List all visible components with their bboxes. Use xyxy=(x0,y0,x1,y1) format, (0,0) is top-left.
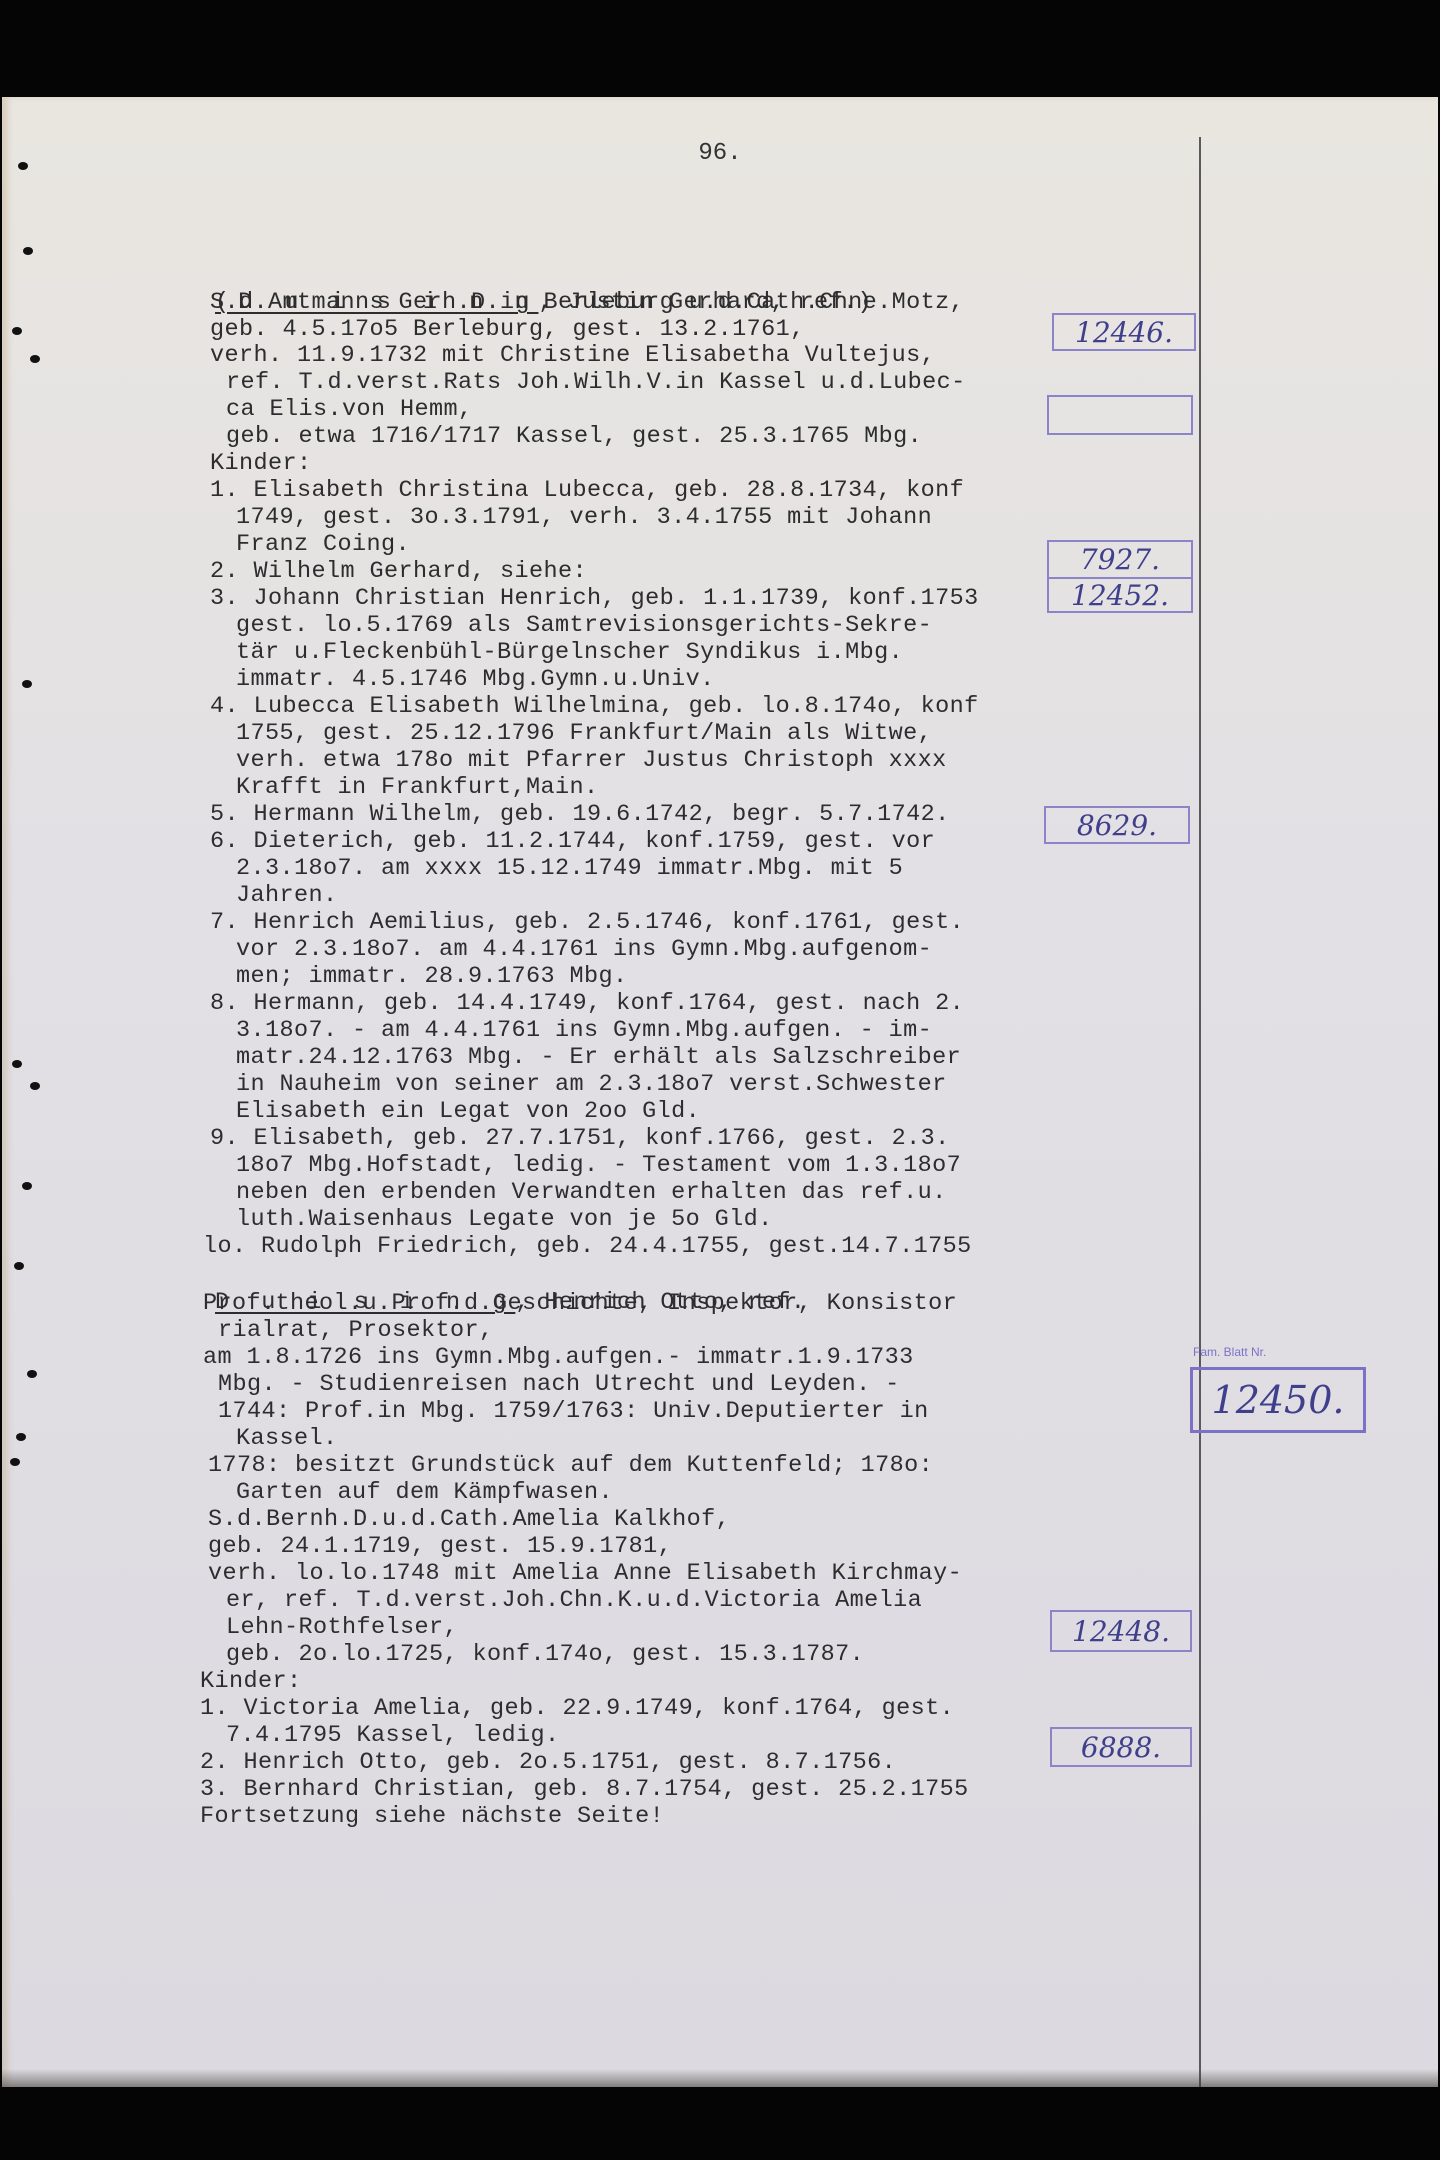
punch-hole xyxy=(27,1370,37,1378)
text-line: immatr. 4.5.1746 Mbg.Gymn.u.Univ. xyxy=(236,666,715,693)
text-line: Elisabeth ein Legat von 2oo Gld. xyxy=(236,1098,700,1125)
list-item: 1. Elisabeth Christina Lubecca, geb. 28.… xyxy=(210,477,964,504)
section-label: Kinder: xyxy=(200,1668,302,1695)
text-line: Franz Coing. xyxy=(236,531,410,558)
list-item: 7. Henrich Aemilius, geb. 2.5.1746, konf… xyxy=(210,909,964,936)
section-label: Kinder: xyxy=(210,450,312,477)
text-line: er, ref. T.d.verst.Joh.Chn.K.u.d.Victori… xyxy=(226,1587,922,1614)
list-item: 6. Dieterich, geb. 11.2.1744, konf.1759,… xyxy=(210,828,935,855)
text-line: Jahren. xyxy=(236,882,338,909)
punch-hole xyxy=(10,1458,20,1466)
text-line: neben den erbenden Verwandten erhalten d… xyxy=(236,1179,947,1206)
list-item: 5. Hermann Wilhelm, geb. 19.6.1742, begr… xyxy=(210,801,950,828)
punch-hole xyxy=(23,247,33,255)
text-line: 1749, gest. 3o.3.1791, verh. 3.4.1755 mi… xyxy=(236,504,932,531)
text-line: 1778: besitzt Grundstück auf dem Kuttenf… xyxy=(208,1452,933,1479)
family-sheet-stamp: 8629. xyxy=(1044,806,1190,844)
list-item: 2. Wilhelm Gerhard, siehe: xyxy=(210,558,587,585)
text-line: luth.Waisenhaus Legate von je 5o Gld. xyxy=(236,1206,773,1233)
family-sheet-stamp: 6888. xyxy=(1050,1727,1192,1767)
text-line: in Nauheim von seiner am 2.3.18o7 verst.… xyxy=(236,1071,947,1098)
text-line: S.d.Bernh.D.u.d.Cath.Amelia Kalkhof, xyxy=(208,1506,730,1533)
continuation-note: Fortsetzung siehe nächste Seite! xyxy=(200,1803,664,1830)
punch-hole xyxy=(12,1060,22,1068)
punch-hole xyxy=(22,680,32,688)
punch-hole xyxy=(22,1182,32,1190)
family-sheet-stamp: 12450. xyxy=(1190,1367,1366,1433)
punch-hole xyxy=(12,327,22,335)
list-item: 8. Hermann, geb. 14.4.1749, konf.1764, g… xyxy=(210,990,964,1017)
text-line: vor 2.3.18o7. am 4.4.1761 ins Gymn.Mbg.a… xyxy=(236,936,932,963)
family-sheet-stamp: 12452. xyxy=(1047,577,1193,613)
list-item: 3. Johann Christian Henrich, geb. 1.1.17… xyxy=(210,585,979,612)
text-line: gest. lo.5.1769 als Samtrevisionsgericht… xyxy=(236,612,932,639)
text-line: 7.4.1795 Kassel, ledig. xyxy=(226,1722,560,1749)
text-line: tär u.Fleckenbühl-Bürgelnscher Syndikus … xyxy=(236,639,903,666)
text-line: 1755, gest. 25.12.1796 Frankfurt/Main al… xyxy=(236,720,932,747)
text-line: S.d.Amtmanns Gerh.D.in Berleburg u.d.Cat… xyxy=(210,289,964,316)
punch-hole xyxy=(16,1433,26,1441)
family-sheet-stamp: 7927. xyxy=(1047,540,1193,579)
text-line: geb. 2o.lo.1725, konf.174o, gest. 15.3.1… xyxy=(226,1641,864,1668)
page-number: 96. xyxy=(0,140,1440,167)
text-line: Lehn-Rothfelser, xyxy=(226,1614,458,1641)
text-line: 2.3.18o7. am xxxx 15.12.1749 immatr.Mbg.… xyxy=(236,855,903,882)
text-line: verh. lo.lo.1748 mit Amelia Anne Elisabe… xyxy=(208,1560,962,1587)
list-item: 9. Elisabeth, geb. 27.7.1751, konf.1766,… xyxy=(210,1125,950,1152)
text-line: Kassel. xyxy=(236,1425,338,1452)
list-item: 1. Victoria Amelia, geb. 22.9.1749, konf… xyxy=(200,1695,954,1722)
text-line: 1744: Prof.in Mbg. 1759/1763: Univ.Deput… xyxy=(218,1398,929,1425)
margin-line xyxy=(1199,137,1201,2087)
text-line: ca Elis.von Hemm, xyxy=(226,396,473,423)
stamp-label: Fam. Blatt Nr. xyxy=(1193,1345,1266,1359)
punch-hole xyxy=(30,1082,40,1090)
punch-hole xyxy=(14,1262,24,1270)
list-item: 4. Lubecca Elisabeth Wilhelmina, geb. lo… xyxy=(210,693,979,720)
text-line: rialrat, Prosektor, xyxy=(218,1317,494,1344)
text-line: am 1.8.1726 ins Gymn.Mbg.aufgen.- immatr… xyxy=(203,1344,914,1371)
text-line: verh. 11.9.1732 mit Christine Elisabetha… xyxy=(210,342,935,369)
family-sheet-stamp: 12446. xyxy=(1052,313,1196,351)
text-line: Mbg. - Studienreisen nach Utrecht und Le… xyxy=(218,1371,900,1398)
punch-hole xyxy=(30,355,40,363)
text-line: 18o7 Mbg.Hofstadt, ledig. - Testament vo… xyxy=(236,1152,961,1179)
text-line: men; immatr. 28.9.1763 Mbg. xyxy=(236,963,628,990)
list-item: 2. Henrich Otto, geb. 2o.5.1751, gest. 8… xyxy=(200,1749,896,1776)
text-line: geb. 4.5.17o5 Berleburg, gest. 13.2.1761… xyxy=(210,316,805,343)
family-sheet-stamp xyxy=(1047,395,1193,435)
text-line: Garten auf dem Kämpfwasen. xyxy=(236,1479,613,1506)
list-item: lo. Rudolph Friedrich, geb. 24.4.1755, g… xyxy=(203,1233,972,1260)
text-line: 3.18o7. - am 4.4.1761 ins Gymn.Mbg.aufge… xyxy=(236,1017,932,1044)
text-line: verh. etwa 178o mit Pfarrer Justus Chris… xyxy=(236,747,947,774)
list-item: 3. Bernhard Christian, geb. 8.7.1754, ge… xyxy=(200,1776,969,1803)
text-line: geb. etwa 1716/1717 Kassel, gest. 25.3.1… xyxy=(226,423,922,450)
text-line: matr.24.12.1763 Mbg. - Er erhält als Sal… xyxy=(236,1044,961,1071)
text-line: geb. 24.1.1719, gest. 15.9.1781, xyxy=(208,1533,672,1560)
text-line: Krafft in Frankfurt,Main. xyxy=(236,774,599,801)
text-line: Prof.theol.u.Prof.d.Geschichte, Inspekto… xyxy=(203,1290,957,1317)
text-line: ref. T.d.verst.Rats Joh.Wilh.V.in Kassel… xyxy=(226,369,966,396)
family-sheet-stamp: 12448. xyxy=(1050,1610,1192,1652)
